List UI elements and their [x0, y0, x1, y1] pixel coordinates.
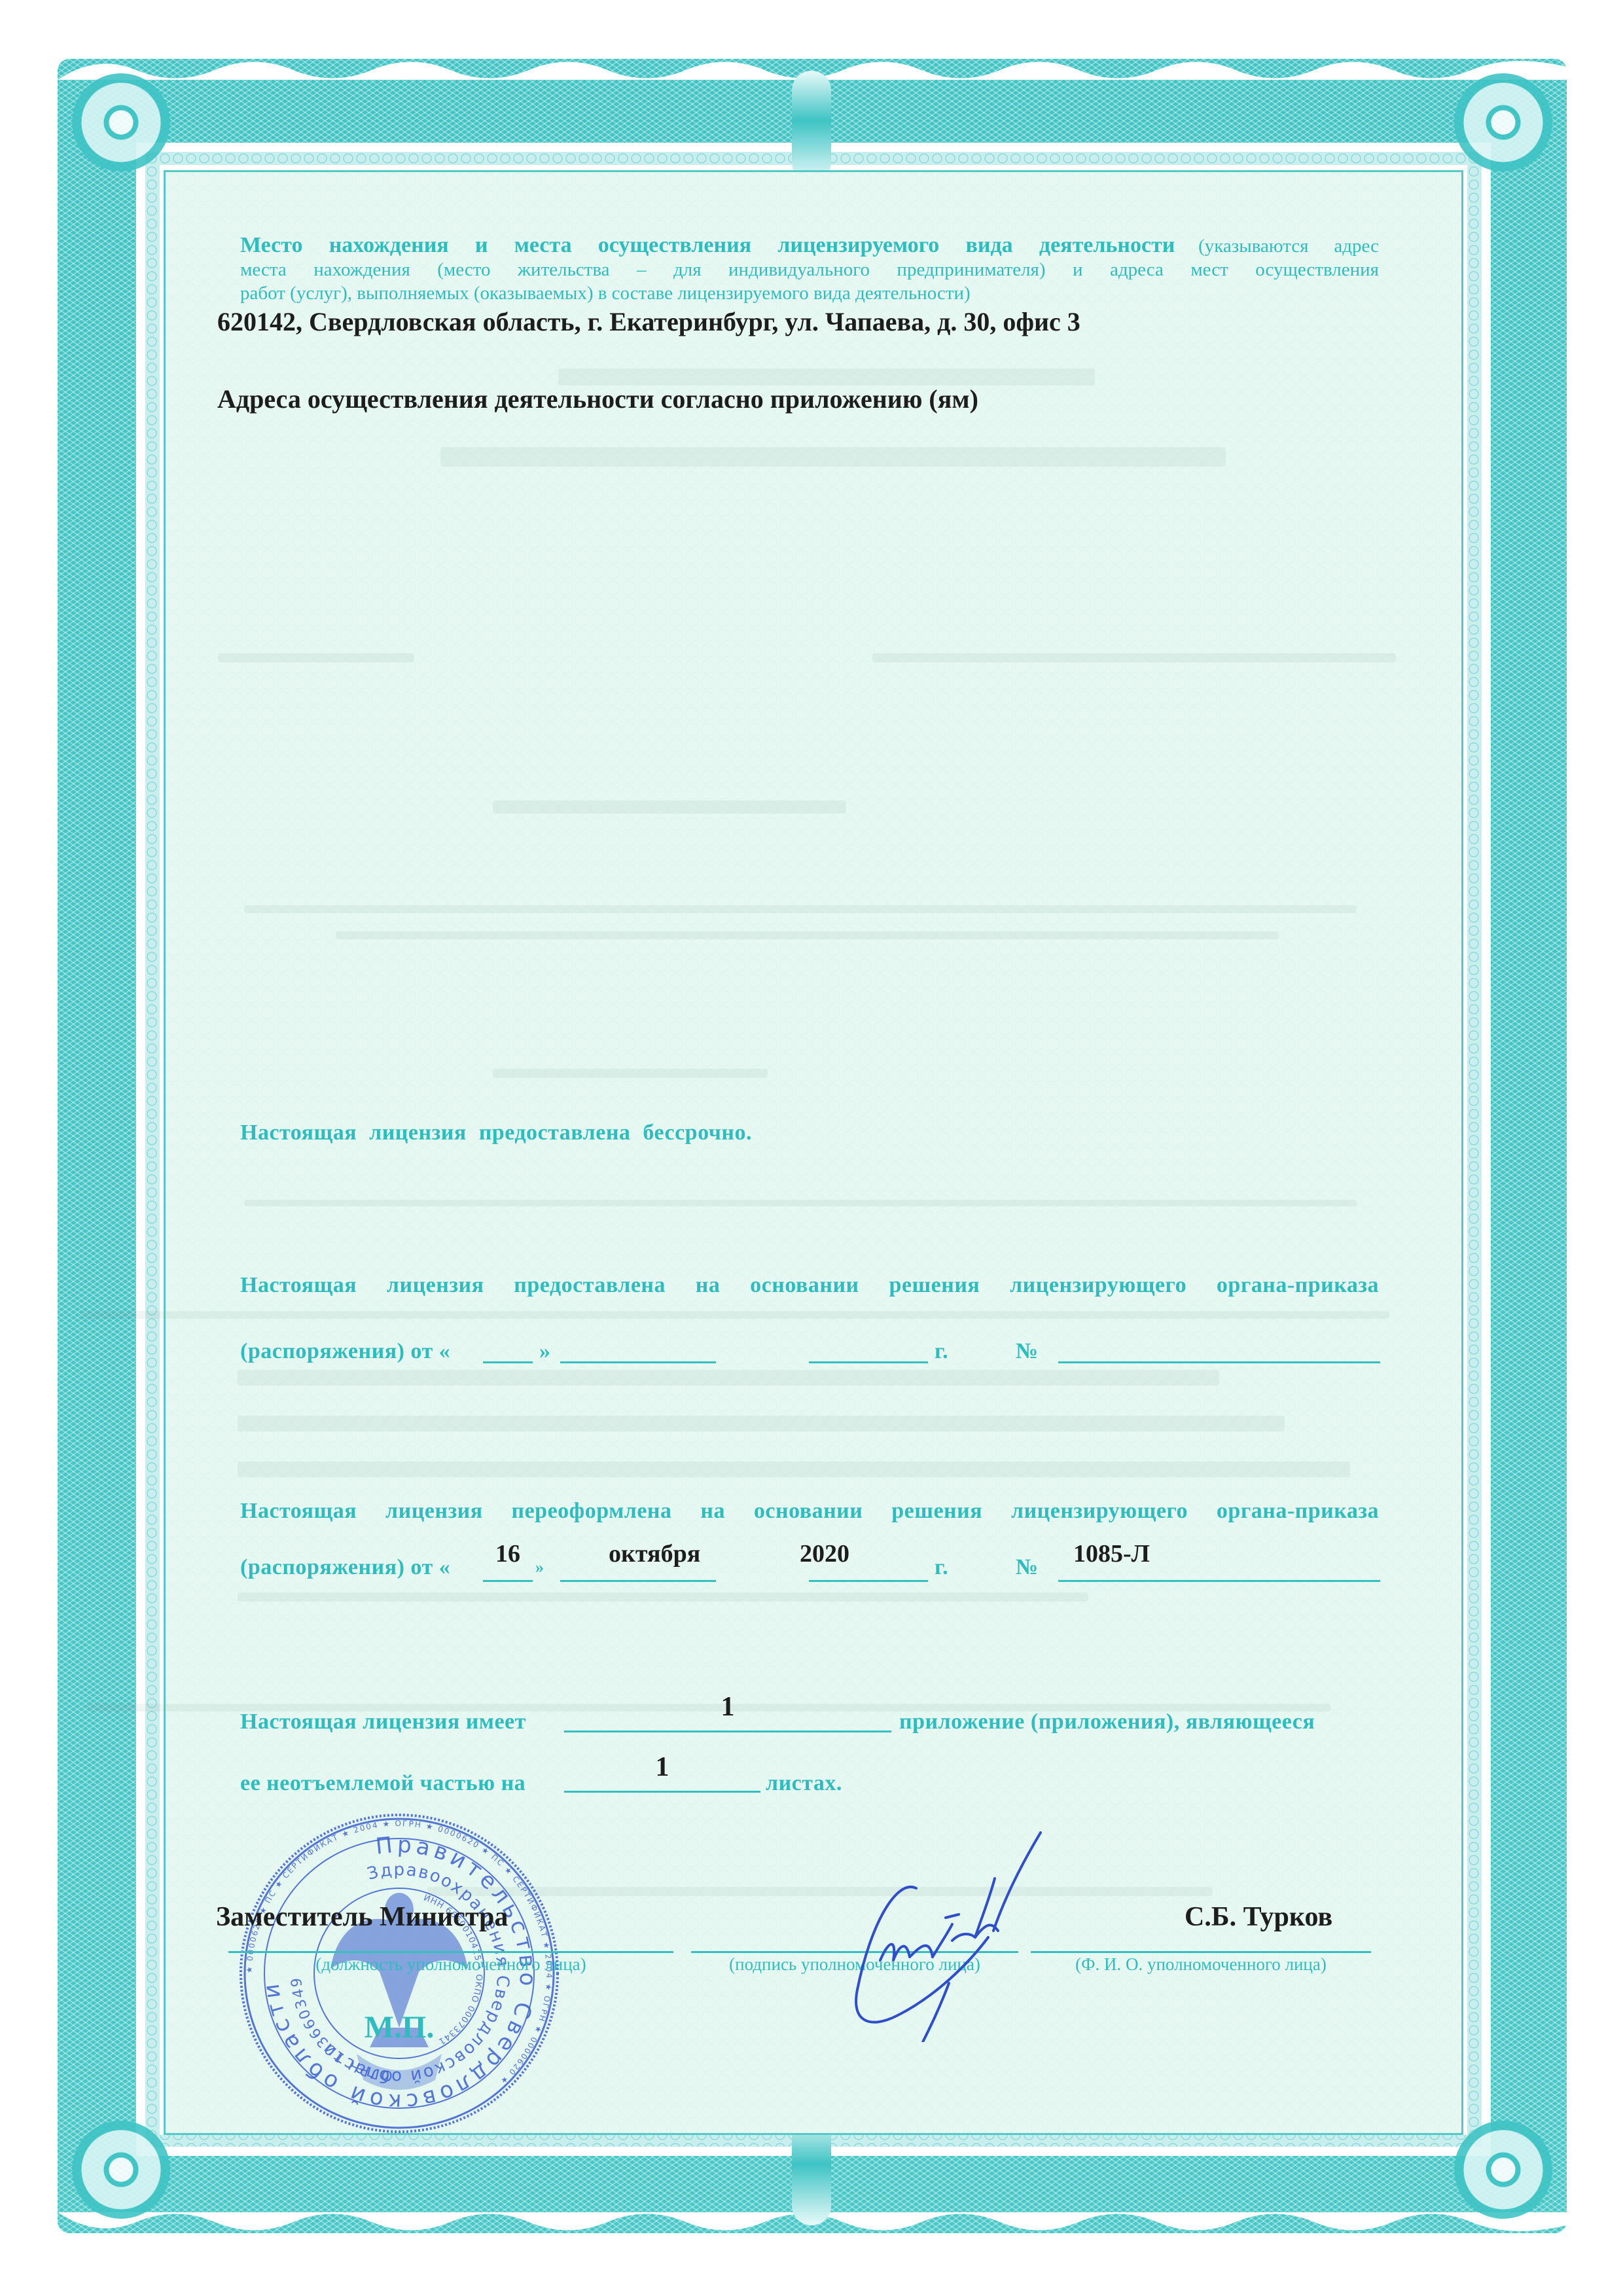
granted-number-field — [1058, 1361, 1380, 1363]
granted-year-field — [809, 1361, 928, 1363]
show-through-text — [493, 1069, 768, 1078]
reissued-number-field — [1058, 1580, 1380, 1582]
appendix-count-field — [564, 1731, 891, 1732]
granted-day-field — [483, 1361, 533, 1363]
show-through-text — [244, 905, 1357, 913]
reissued-number: 1085-Л — [1073, 1539, 1204, 1568]
reissued-month-field — [560, 1580, 716, 1582]
show-through-text — [336, 931, 1278, 939]
granted-basis-line: Настоящая лицензия предоставлена на осно… — [240, 1273, 1379, 1298]
show-through-text — [238, 1370, 1219, 1386]
show-through-text — [238, 1462, 1350, 1477]
caption-position: (должность уполномоченного лица) — [228, 1954, 673, 1975]
location-heading: Место нахождения и места осуществления л… — [240, 233, 1175, 257]
location-note-line3: работ (услуг), выполняемых (оказываемых)… — [240, 283, 971, 304]
granted-month-field — [560, 1361, 716, 1363]
appendix-line2-prefix: ее неотъемлемой частью на — [240, 1771, 526, 1796]
reissued-number-sign: № — [1016, 1555, 1039, 1580]
reissued-year: 2020 — [785, 1539, 864, 1568]
signatory-name: С.Б. Турков — [1185, 1901, 1332, 1933]
show-through-text — [872, 653, 1396, 662]
granted-number-sign: № — [1016, 1339, 1039, 1364]
handwritten-signature — [818, 1826, 1158, 2042]
show-through-text — [238, 1416, 1285, 1431]
corner-ornament-icon — [72, 73, 170, 171]
location-note-line2: места нахождения (место жительства – для… — [240, 259, 1379, 281]
position-line — [228, 1951, 673, 1953]
location-note: (указываются адрес — [1198, 236, 1379, 257]
location-heading-row: Место нахождения и места осуществления л… — [240, 233, 1379, 258]
show-through-text — [440, 447, 1226, 467]
term-statement: Настоящая лицензия предоставлена бессроч… — [240, 1121, 752, 1145]
corner-ornament-icon — [1454, 73, 1552, 171]
appendix-line1-suffix: приложение (приложения), являющееся — [899, 1710, 1315, 1734]
reissued-quote-close: » — [535, 1558, 544, 1577]
reissued-order-prefix: (распоряжения) от « — [240, 1555, 450, 1580]
signatory-position: Заместитель Министра — [216, 1901, 508, 1933]
show-through-text — [238, 1592, 1088, 1602]
show-through-text — [493, 800, 846, 814]
granted-order-prefix: (распоряжения) от « — [240, 1339, 450, 1364]
reissued-year-suffix: г. — [935, 1555, 948, 1580]
reissued-year-field — [809, 1580, 928, 1582]
reissued-month: октября — [609, 1539, 740, 1568]
reissued-basis-line: Настоящая лицензия переоформлена на осно… — [240, 1499, 1379, 1524]
show-through-text — [244, 1200, 1357, 1206]
show-through-text — [80, 1311, 1389, 1319]
corner-ornament-icon — [1454, 2121, 1552, 2219]
stamp-mp-label: М.П. — [365, 2010, 435, 2045]
reissued-day: 16 — [483, 1539, 533, 1568]
appendix-line1-prefix: Настоящая лицензия имеет — [240, 1710, 526, 1734]
granted-year-suffix: г. — [935, 1339, 948, 1364]
license-address: 620142, Свердловская область, г. Екатери… — [217, 306, 1080, 337]
appendix-count: 1 — [564, 1691, 891, 1723]
appendix-line2-suffix: листах. — [766, 1771, 842, 1796]
fleur-ornament-icon — [792, 71, 831, 182]
reissued-day-field — [483, 1580, 533, 1582]
granted-quote-close: » — [539, 1339, 551, 1364]
corner-ornament-icon — [72, 2121, 170, 2219]
activity-addresses: Адреса осуществления деятельности соглас… — [217, 384, 978, 414]
sheet-count-field — [564, 1791, 760, 1793]
show-through-text — [218, 653, 414, 662]
sheet-count: 1 — [564, 1751, 760, 1783]
